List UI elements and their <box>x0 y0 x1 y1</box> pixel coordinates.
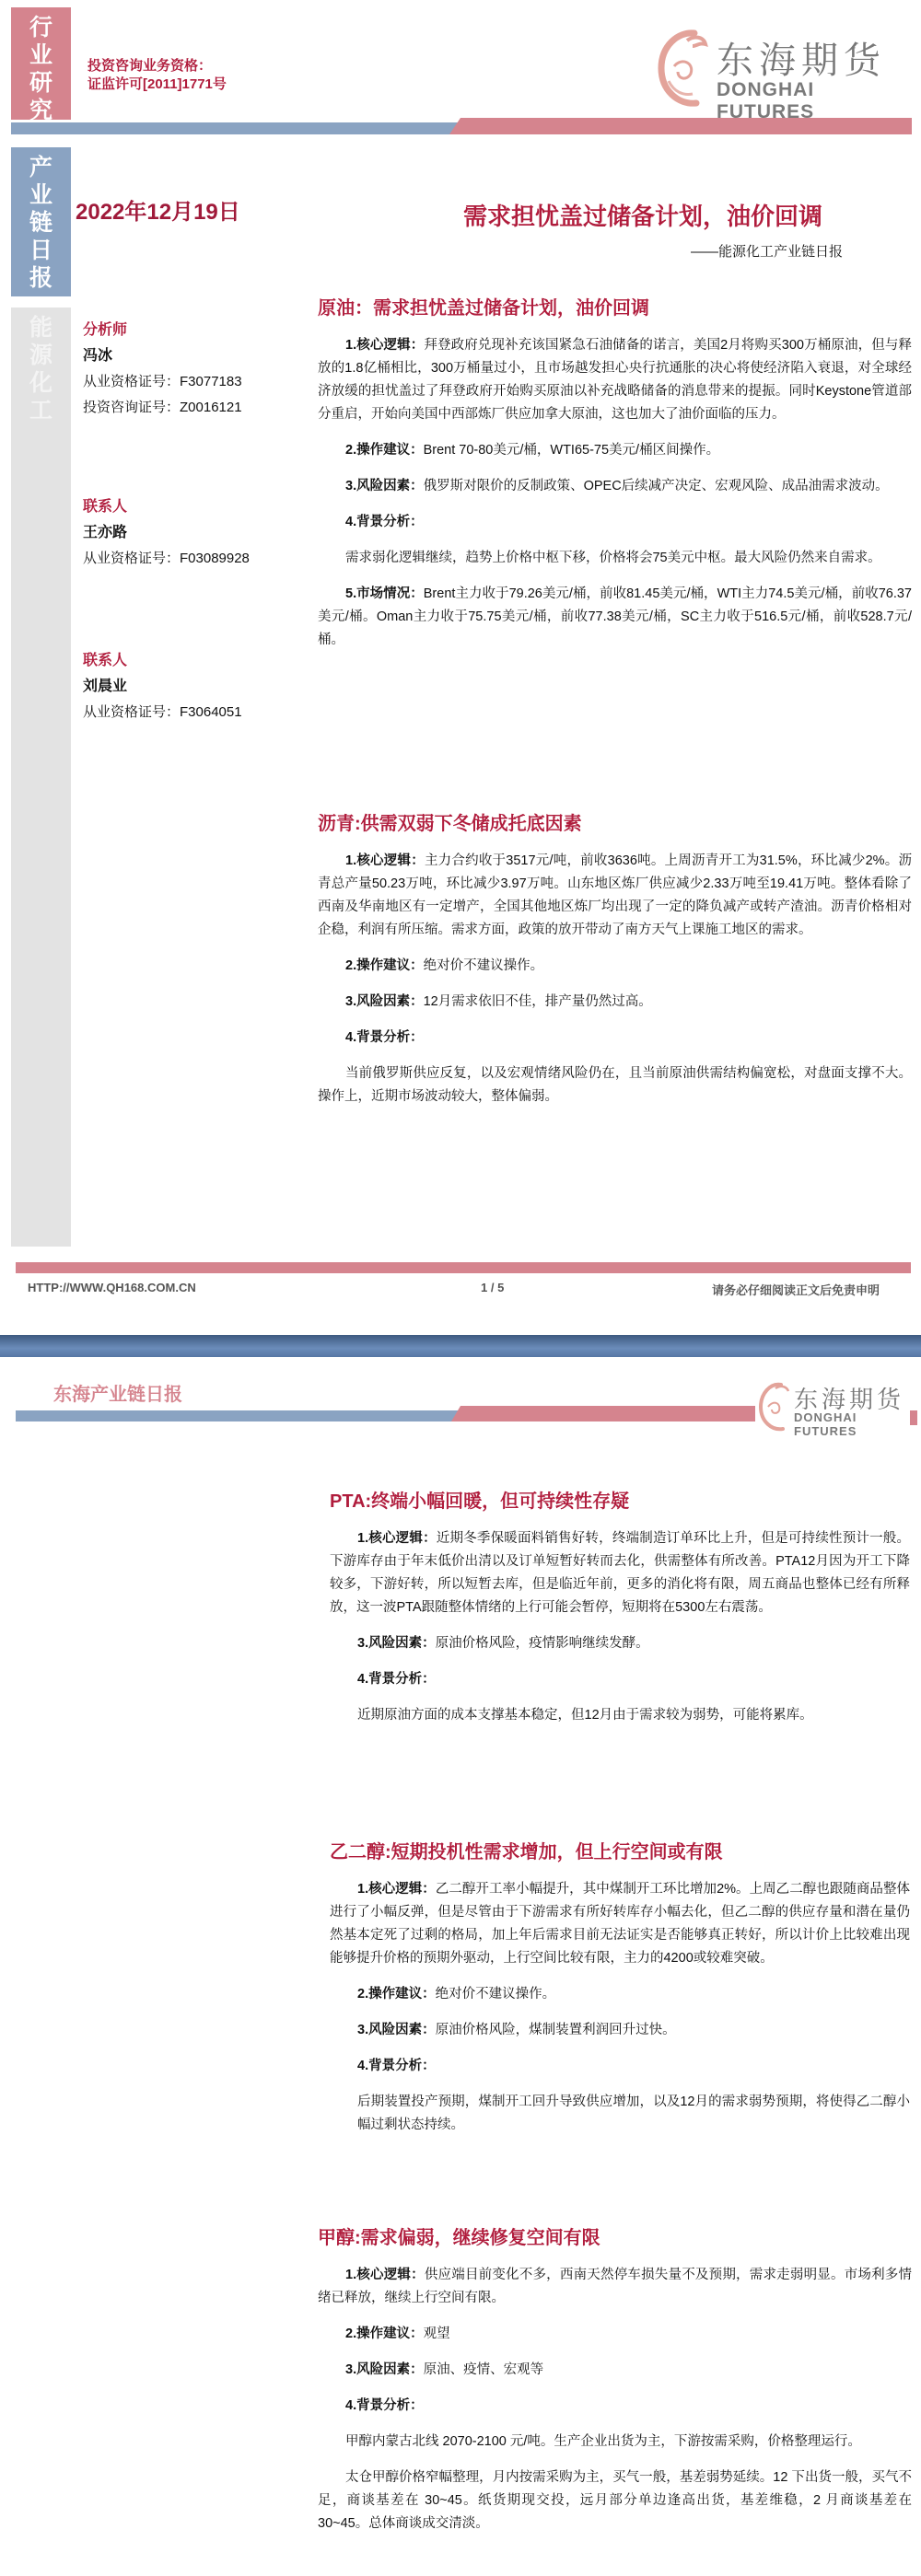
background-text-2: 太仓甲醇价格窄幅整理，月内按需采购为主，买气一般，基差弱势延续。12 下出货一般… <box>318 2466 912 2535</box>
core-logic: 1.核心逻辑：主力合约收于3517元/吨，前收3636吨。上周沥青开工为31.5… <box>318 850 912 942</box>
section-pta: PTA:终端小幅回暖，但可持续性存疑 1.核心逻辑：近期冬季保暖面料销售好转，终… <box>330 1486 910 1740</box>
section-asphalt: 沥青:供需双弱下冬储成托底因素 1.核心逻辑：主力合约收于3517元/吨，前收3… <box>318 808 912 1121</box>
page-separator <box>0 1335 921 1357</box>
core-logic: 1.核心逻辑：供应端目前变化不多，西南天然停车损失量不及预期，需求走弱明显。市场… <box>318 2264 912 2310</box>
section-title: 乙二醇:短期投机性需求增加，但上行空间或有限 <box>330 1837 910 1863</box>
report-subtitle: ——能源化工产业链日报 <box>691 241 843 261</box>
background-label: 4.背景分析： <box>330 1668 910 1691</box>
company-logo: 东海期货 DONGHAI FUTURES <box>650 26 917 109</box>
footer-url-link[interactable]: HTTP://WWW.QH168.COM.CN <box>28 1281 196 1294</box>
report-title: 需求担忧盖过储备计划，油价回调 <box>463 198 822 232</box>
section-crude-oil: 原油：需求担忧盖过储备计划，油价回调 1.核心逻辑：拜登政府兑现补充该国紧急石油… <box>318 293 912 665</box>
risk-factors: 3.风险因素：原油、疫情、宏观等 <box>318 2359 912 2382</box>
market-situation: 5.市场情况：Brent主力收于79.26美元/桶，前收81.45美元/桶，WT… <box>318 583 912 652</box>
logo-accent-block <box>910 1410 917 1425</box>
background-label: 4.背景分析： <box>318 511 912 534</box>
contact-person-1: 联系人 王亦路 从业资格证号：F03089928 <box>83 494 250 572</box>
operation-advice: 2.操作建议：绝对价不建议操作。 <box>330 1983 910 2006</box>
section-methanol: 甲醇:需求偏弱，继续修复空间有限 1.核心逻辑：供应端目前变化不多，西南天然停车… <box>318 2222 912 2548</box>
background-text: 近期原油方面的成本支撑基本稳定，但12月由于需求较为弱势，可能将累库。 <box>330 1704 910 1727</box>
section-title: 沥青:供需双弱下冬储成托底因素 <box>318 808 912 835</box>
contact-person-2: 联系人 刘晨业 从业资格证号：F3064051 <box>83 648 242 725</box>
background-text: 后期装置投产预期，煤制开工回升导致供应增加，以及12月的需求弱势预期，将使得乙二… <box>330 2091 910 2137</box>
background-label: 4.背景分析： <box>318 1027 912 1050</box>
page-number: 1 / 5 <box>481 1281 504 1294</box>
side-tab-energy-chemical: 能 源 化 工 <box>11 307 71 1247</box>
side-tab-industry-research: 行 业 研 究 <box>11 7 71 120</box>
footer-band <box>16 1262 911 1273</box>
risk-factors: 3.风险因素：12月需求依旧不佳，排产量仍然过高。 <box>318 991 912 1014</box>
page2-header-title: 东海产业链日报 <box>53 1379 182 1406</box>
section-title: 原油：需求担忧盖过储备计划，油价回调 <box>318 293 912 319</box>
page2-band-red <box>451 1406 755 1421</box>
risk-factors: 3.风险因素：原油价格风险，煤制装置利润回升过快。 <box>330 2019 910 2042</box>
contact-analyst: 分析师 冯冰 从业资格证号：F3077183 投资咨询证号：Z0016121 <box>83 318 242 421</box>
header-band-red <box>449 118 912 134</box>
operation-advice: 2.操作建议：Brent 70-80美元/桶，WTI65-75美元/桶区间操作。 <box>318 439 912 462</box>
background-label: 4.背景分析： <box>330 2055 910 2078</box>
side-tab-chain-daily: 产 业 链 日 报 <box>11 147 71 296</box>
operation-advice: 2.操作建议：观望 <box>318 2323 912 2346</box>
section-ethylene-glycol: 乙二醇:短期投机性需求增加，但上行空间或有限 1.核心逻辑：乙二醇开工率小幅提升… <box>330 1837 910 2150</box>
header-band-blue <box>11 122 460 134</box>
section-title: 甲醇:需求偏弱，继续修复空间有限 <box>318 2222 912 2249</box>
core-logic: 1.核心逻辑：拜登政府兑现补充该国紧急石油储备的诺言，美国2月将购买300万桶原… <box>318 334 912 426</box>
footer-disclaimer: 请务必仔细阅读正文后免责申明 <box>712 1281 880 1298</box>
risk-factors: 3.风险因素：原油价格风险，疫情影响继续发酵。 <box>330 1632 910 1655</box>
core-logic: 1.核心逻辑：乙二醇开工率小幅提升，其中煤制开工环比增加2%。上周乙二醇也跟随商… <box>330 1878 910 1970</box>
report-date: 2022年12月19日 <box>76 193 240 226</box>
dragon-logo-icon <box>753 1379 794 1434</box>
background-label: 4.背景分析： <box>318 2395 912 2418</box>
qualification-info: 投资咨询业务资格： 证监许可[2011]1771号 <box>87 57 227 94</box>
core-logic: 1.核心逻辑：近期冬季保暖面料销售好转，终端制造订单环比上升，但是可持续性预计一… <box>330 1527 910 1619</box>
page2-band-blue <box>16 1410 464 1421</box>
section-title: PTA:终端小幅回暖，但可持续性存疑 <box>330 1486 910 1513</box>
operation-advice: 2.操作建议：绝对价不建议操作。 <box>318 955 912 978</box>
risk-factors: 3.风险因素：俄罗斯对限价的反制政策、OPEC后续减产决定、宏观风险、成品油需求… <box>318 475 912 498</box>
dragon-logo-icon <box>650 26 715 110</box>
background-text: 需求弱化逻辑继续，趋势上价格中枢下移，价格将会75美元中枢。最大风险仍然来自需求… <box>318 547 912 570</box>
background-text-1: 甲醇内蒙古北线 2070-2100 元/吨。生产企业出货为主，下游按需采购，价格… <box>318 2431 912 2454</box>
background-text: 当前俄罗斯供应反复，以及宏观情绪风险仍在，且当前原油供需结构偏宽松，对盘面支撑不… <box>318 1062 912 1108</box>
page2-company-logo: 东海期货 DONGHAI FUTURES <box>753 1379 919 1434</box>
